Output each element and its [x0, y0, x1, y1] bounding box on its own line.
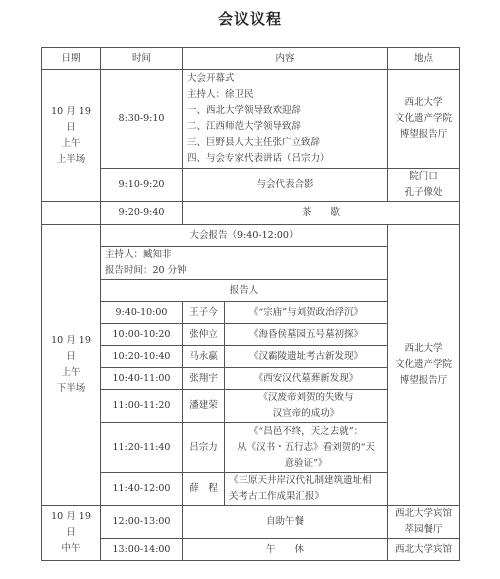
talk-title: 《“宗庙”与刘贺政治浮沉》 [225, 302, 388, 324]
talk-time: 11:00-11:20 [101, 390, 183, 423]
header-location: 地点 [388, 48, 460, 70]
talk-speaker: 张翔宇 [183, 368, 225, 390]
talk-title: 《汉霸陵遗址考古新发现》 [225, 346, 388, 368]
talk-time: 11:40-12:00 [101, 473, 183, 506]
lunch-location: 西北大学宾馆 萃园餐厅 [388, 506, 460, 539]
agenda-table: 日期 时间 内容 地点 10 月 19 日 上午 上半场 8:30-9:10 大… [41, 47, 460, 561]
lunch-time: 12:00-13:00 [101, 506, 183, 539]
rest-content: 午 休 [183, 539, 388, 561]
table-row: 10 月 19 日 上午 上半场 8:30-9:10 大会开幕式 主持人：徐卫民… [42, 70, 460, 169]
talk-speaker: 张仲立 [183, 324, 225, 346]
talk-time: 9:40-10:00 [101, 302, 183, 324]
header-date: 日期 [42, 48, 101, 70]
session1-date: 10 月 19 日 上午 上半场 [42, 70, 101, 202]
header-content: 内容 [183, 48, 388, 70]
talk-time: 10:00-10:20 [101, 324, 183, 346]
table-row: 10 月 19 日 上午 下半场 大会报告（9:40-12:00） 西北大学 文… [42, 225, 460, 247]
talk-time: 10:20-10:40 [101, 346, 183, 368]
session2-date: 10 月 19 日 上午 下半场 [42, 225, 101, 506]
opening-content: 大会开幕式 主持人：徐卫民 一、西北大学领导致欢迎辞 二、江西师范大学领导致辞 … [183, 70, 388, 169]
report-header: 大会报告（9:40-12:00） [101, 225, 388, 247]
photo-content: 与会代表合影 [183, 169, 388, 202]
header-time: 时间 [101, 48, 183, 70]
table-row: 9:20-9:40 茶 歇 [42, 202, 460, 225]
talk-time: 11:20-11:40 [101, 423, 183, 473]
tea-date [42, 202, 101, 225]
session3-date: 10 月 19 日 中午 [42, 506, 101, 561]
talk-time: 10:40-11:00 [101, 368, 183, 390]
talk-title: 《西安汉代墓葬新发现》 [225, 368, 388, 390]
page-title: 会议议程 [0, 8, 500, 29]
table-row: 9:10-9:20 与会代表合影 院门口 孔子像处 [42, 169, 460, 202]
talk-speaker: 吕宗力 [183, 423, 225, 473]
lunch-content: 自助午餐 [183, 506, 388, 539]
talk-speaker: 潘建荣 [183, 390, 225, 423]
reporter-label: 报告人 [101, 280, 388, 302]
talk-speaker: 马永嬴 [183, 346, 225, 368]
header-row: 日期 时间 内容 地点 [42, 48, 460, 70]
table-row: 13:00-14:00 午 休 西北大学宾馆 [42, 539, 460, 561]
talk-title: 《三原天井岸汉代礼制建筑遗址相 关考古工作成果汇报》 [225, 473, 388, 506]
session2-location: 西北大学 文化遗产学院 博望报告厅 [388, 225, 460, 506]
talk-title: 《汉废帝刘贺的失败与 汉宣帝的成功》 [225, 390, 388, 423]
photo-location: 院门口 孔子像处 [388, 169, 460, 202]
photo-time: 9:10-9:20 [101, 169, 183, 202]
rest-location: 西北大学宾馆 [388, 539, 460, 561]
talk-title: 《海昏侯墓园五号墓初探》 [225, 324, 388, 346]
talk-title: 《“昌邑不终，天之去就”： 从《汉书・五行志》看刘贺的“天 意验证”》 [225, 423, 388, 473]
table-row: 10 月 19 日 中午 12:00-13:00 自助午餐 西北大学宾馆 萃园餐… [42, 506, 460, 539]
tea-time: 9:20-9:40 [101, 202, 183, 225]
opening-time: 8:30-9:10 [101, 70, 183, 169]
rest-time: 13:00-14:00 [101, 539, 183, 561]
opening-location: 西北大学 文化遗产学院 博望报告厅 [388, 70, 460, 169]
report-host: 主持人：臧知非 报告时间：20 分钟 [101, 247, 388, 280]
tea-content: 茶 歇 [183, 202, 460, 225]
talk-speaker: 薛 程 [183, 473, 225, 506]
talk-speaker: 王子今 [183, 302, 225, 324]
